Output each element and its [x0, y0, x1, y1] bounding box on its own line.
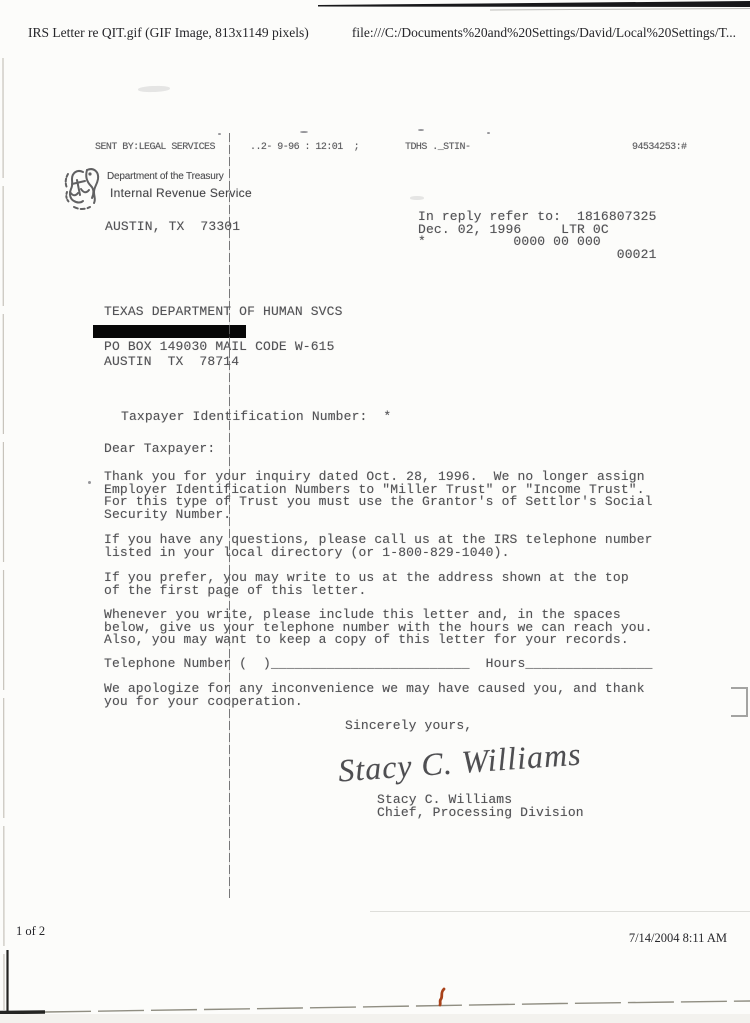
- left-page-edge-line: [3, 58, 4, 1010]
- bottom-page-edge-line: [45, 1001, 750, 1012]
- red-ink-mark: [440, 989, 444, 1005]
- below-page-strip: [0, 1014, 750, 1023]
- print-preview-page: IRS Letter re QIT.gif (GIF Image, 813x11…: [0, 0, 750, 1023]
- bottom-left-corner-horizontal: [0, 1012, 45, 1013]
- top-edge-echo-line: [490, 9, 750, 11]
- scan-artifacts-layer: [0, 0, 750, 1023]
- top-edge-dark-line: [318, 1, 750, 7]
